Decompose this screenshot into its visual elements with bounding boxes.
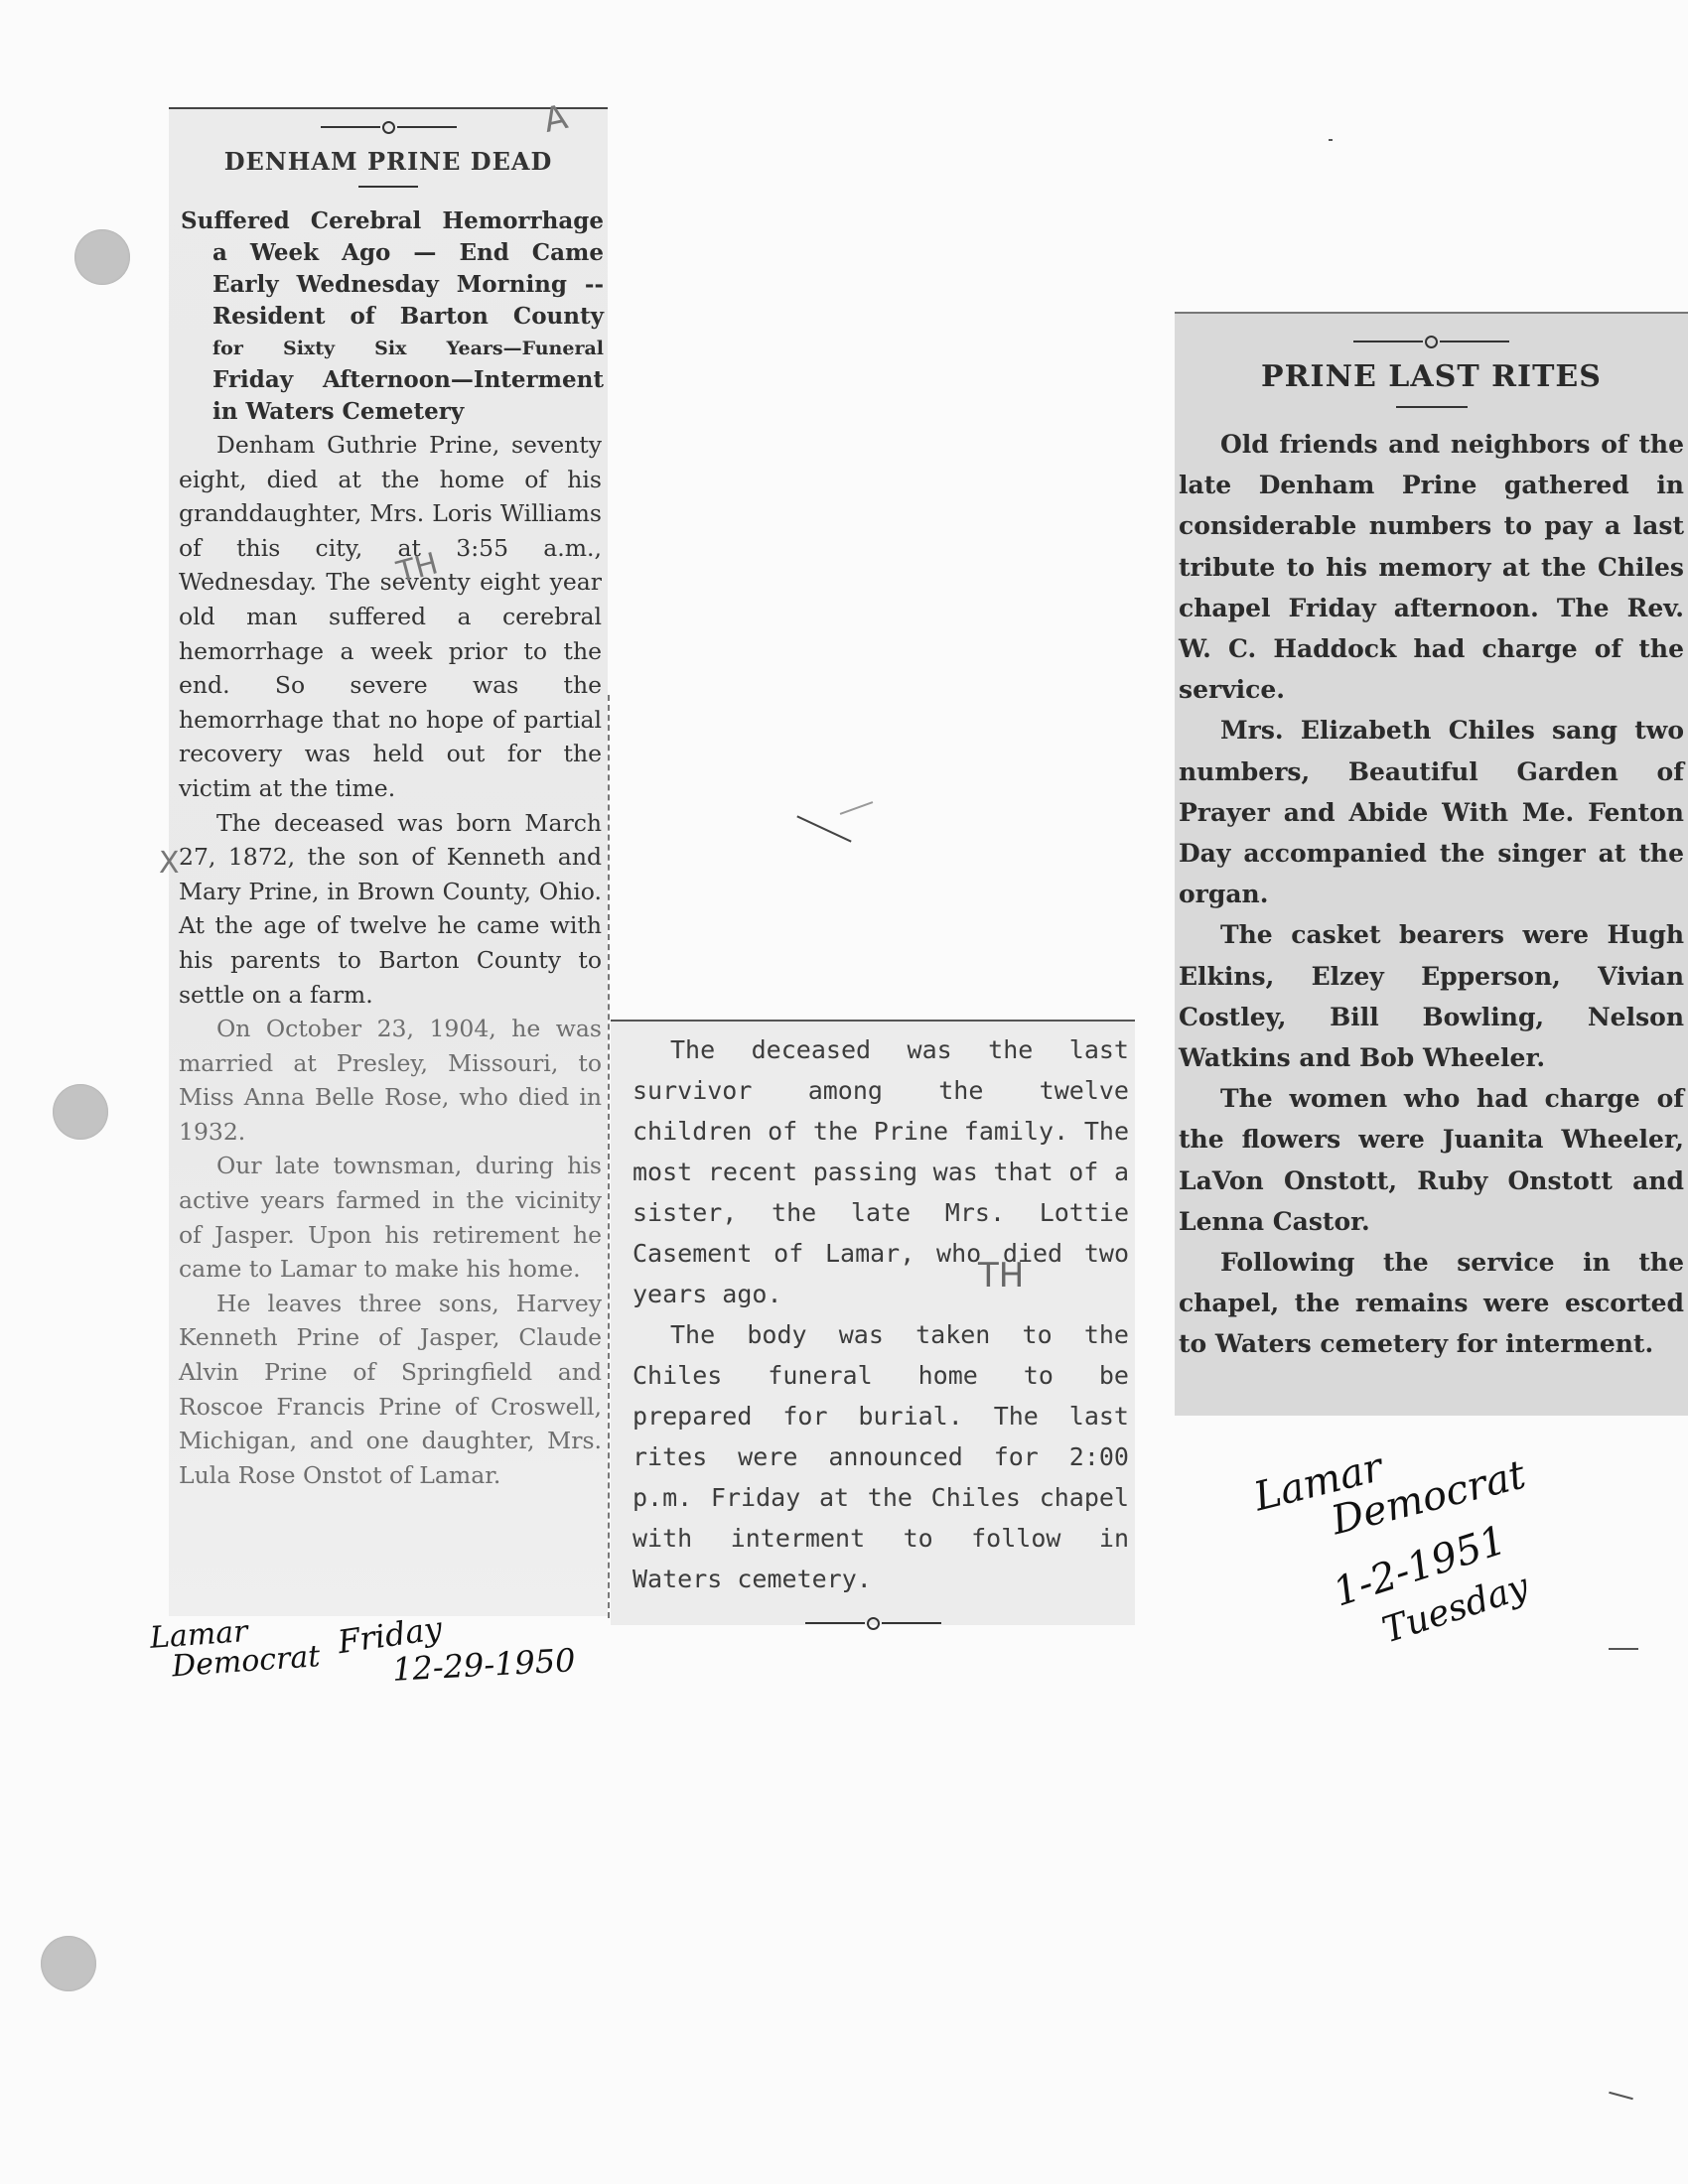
deck-line: Resident of Barton County	[181, 301, 604, 333]
article-body: The deceased was the last survivor among…	[611, 1022, 1135, 1599]
article-body: Old friends and neighbors of the late De…	[1175, 424, 1688, 1365]
punch-hole-middle	[53, 1084, 108, 1140]
headline: PRINE LAST RITES	[1175, 359, 1688, 394]
paragraph: Mrs. Elizabeth Chiles sang two numbers, …	[1179, 710, 1684, 914]
handwritten-line: Democrat	[171, 1642, 321, 1682]
deck-line: Early Wednesday Morning --	[181, 269, 604, 301]
paragraph: On October 23, 1904, he was married at P…	[179, 1012, 602, 1149]
clipping-cut-edge	[608, 695, 610, 1618]
paragraph: Old friends and neighbors of the late De…	[1179, 424, 1684, 710]
headline-rule	[1396, 406, 1468, 408]
stray-mark	[1609, 1648, 1638, 1650]
article-body: Denham Guthrie Prine, seventy eight, die…	[169, 428, 608, 1492]
paragraph: Following the service in the chapel, the…	[1179, 1242, 1684, 1365]
paragraph: Denham Guthrie Prine, seventy eight, die…	[179, 428, 602, 806]
paragraph: The deceased was born March 27, 1872, th…	[179, 806, 602, 1013]
paragraph: The deceased was the last survivor among…	[633, 1029, 1129, 1314]
headline-rule	[358, 186, 418, 188]
stray-mark	[1329, 139, 1333, 141]
paragraph: The body was taken to the Chiles funeral…	[633, 1314, 1129, 1599]
ornament-divider	[1175, 332, 1688, 351]
deck-line: a Week Ago — End Came	[181, 237, 604, 269]
deck-line: Friday Afternoon—Interment	[181, 364, 604, 396]
deck-line: for Sixty Six Years—Funeral	[181, 333, 604, 364]
deck-line: in Waters Cemetery	[181, 396, 604, 428]
paragraph: He leaves three sons, Harvey Kenneth Pri…	[179, 1287, 602, 1493]
deck: Suffered Cerebral Hemorrhage a Week Ago …	[169, 205, 608, 428]
stray-mark	[796, 815, 851, 842]
pencil-mark-th: TH	[978, 1256, 1024, 1296]
punch-hole-bottom	[41, 1936, 96, 1991]
stray-mark	[1609, 2092, 1633, 2100]
stray-mark	[840, 801, 874, 815]
pencil-mark-x: X	[159, 846, 180, 881]
headline: DENHAM PRINE DEAD	[169, 147, 608, 176]
punch-hole-top	[74, 229, 130, 285]
clipping-continuation: The deceased was the last survivor among…	[611, 1020, 1135, 1625]
handwritten-source-left: Lamar Democrat	[149, 1612, 321, 1684]
paragraph: The casket bearers were Hugh Elkins, Elz…	[1179, 914, 1684, 1078]
ornament-divider	[169, 117, 608, 137]
ornament-divider	[611, 1613, 1135, 1633]
deck-line: Suffered Cerebral Hemorrhage	[181, 205, 604, 237]
paragraph: The women who had charge of the flowers …	[1179, 1078, 1684, 1242]
clipping-denham-prine-dead: DENHAM PRINE DEAD Suffered Cerebral Hemo…	[169, 107, 608, 1616]
clipping-prine-last-rites: PRINE LAST RITES Old friends and neighbo…	[1175, 312, 1688, 1416]
paragraph: Our late townsman, during his active yea…	[179, 1149, 602, 1286]
